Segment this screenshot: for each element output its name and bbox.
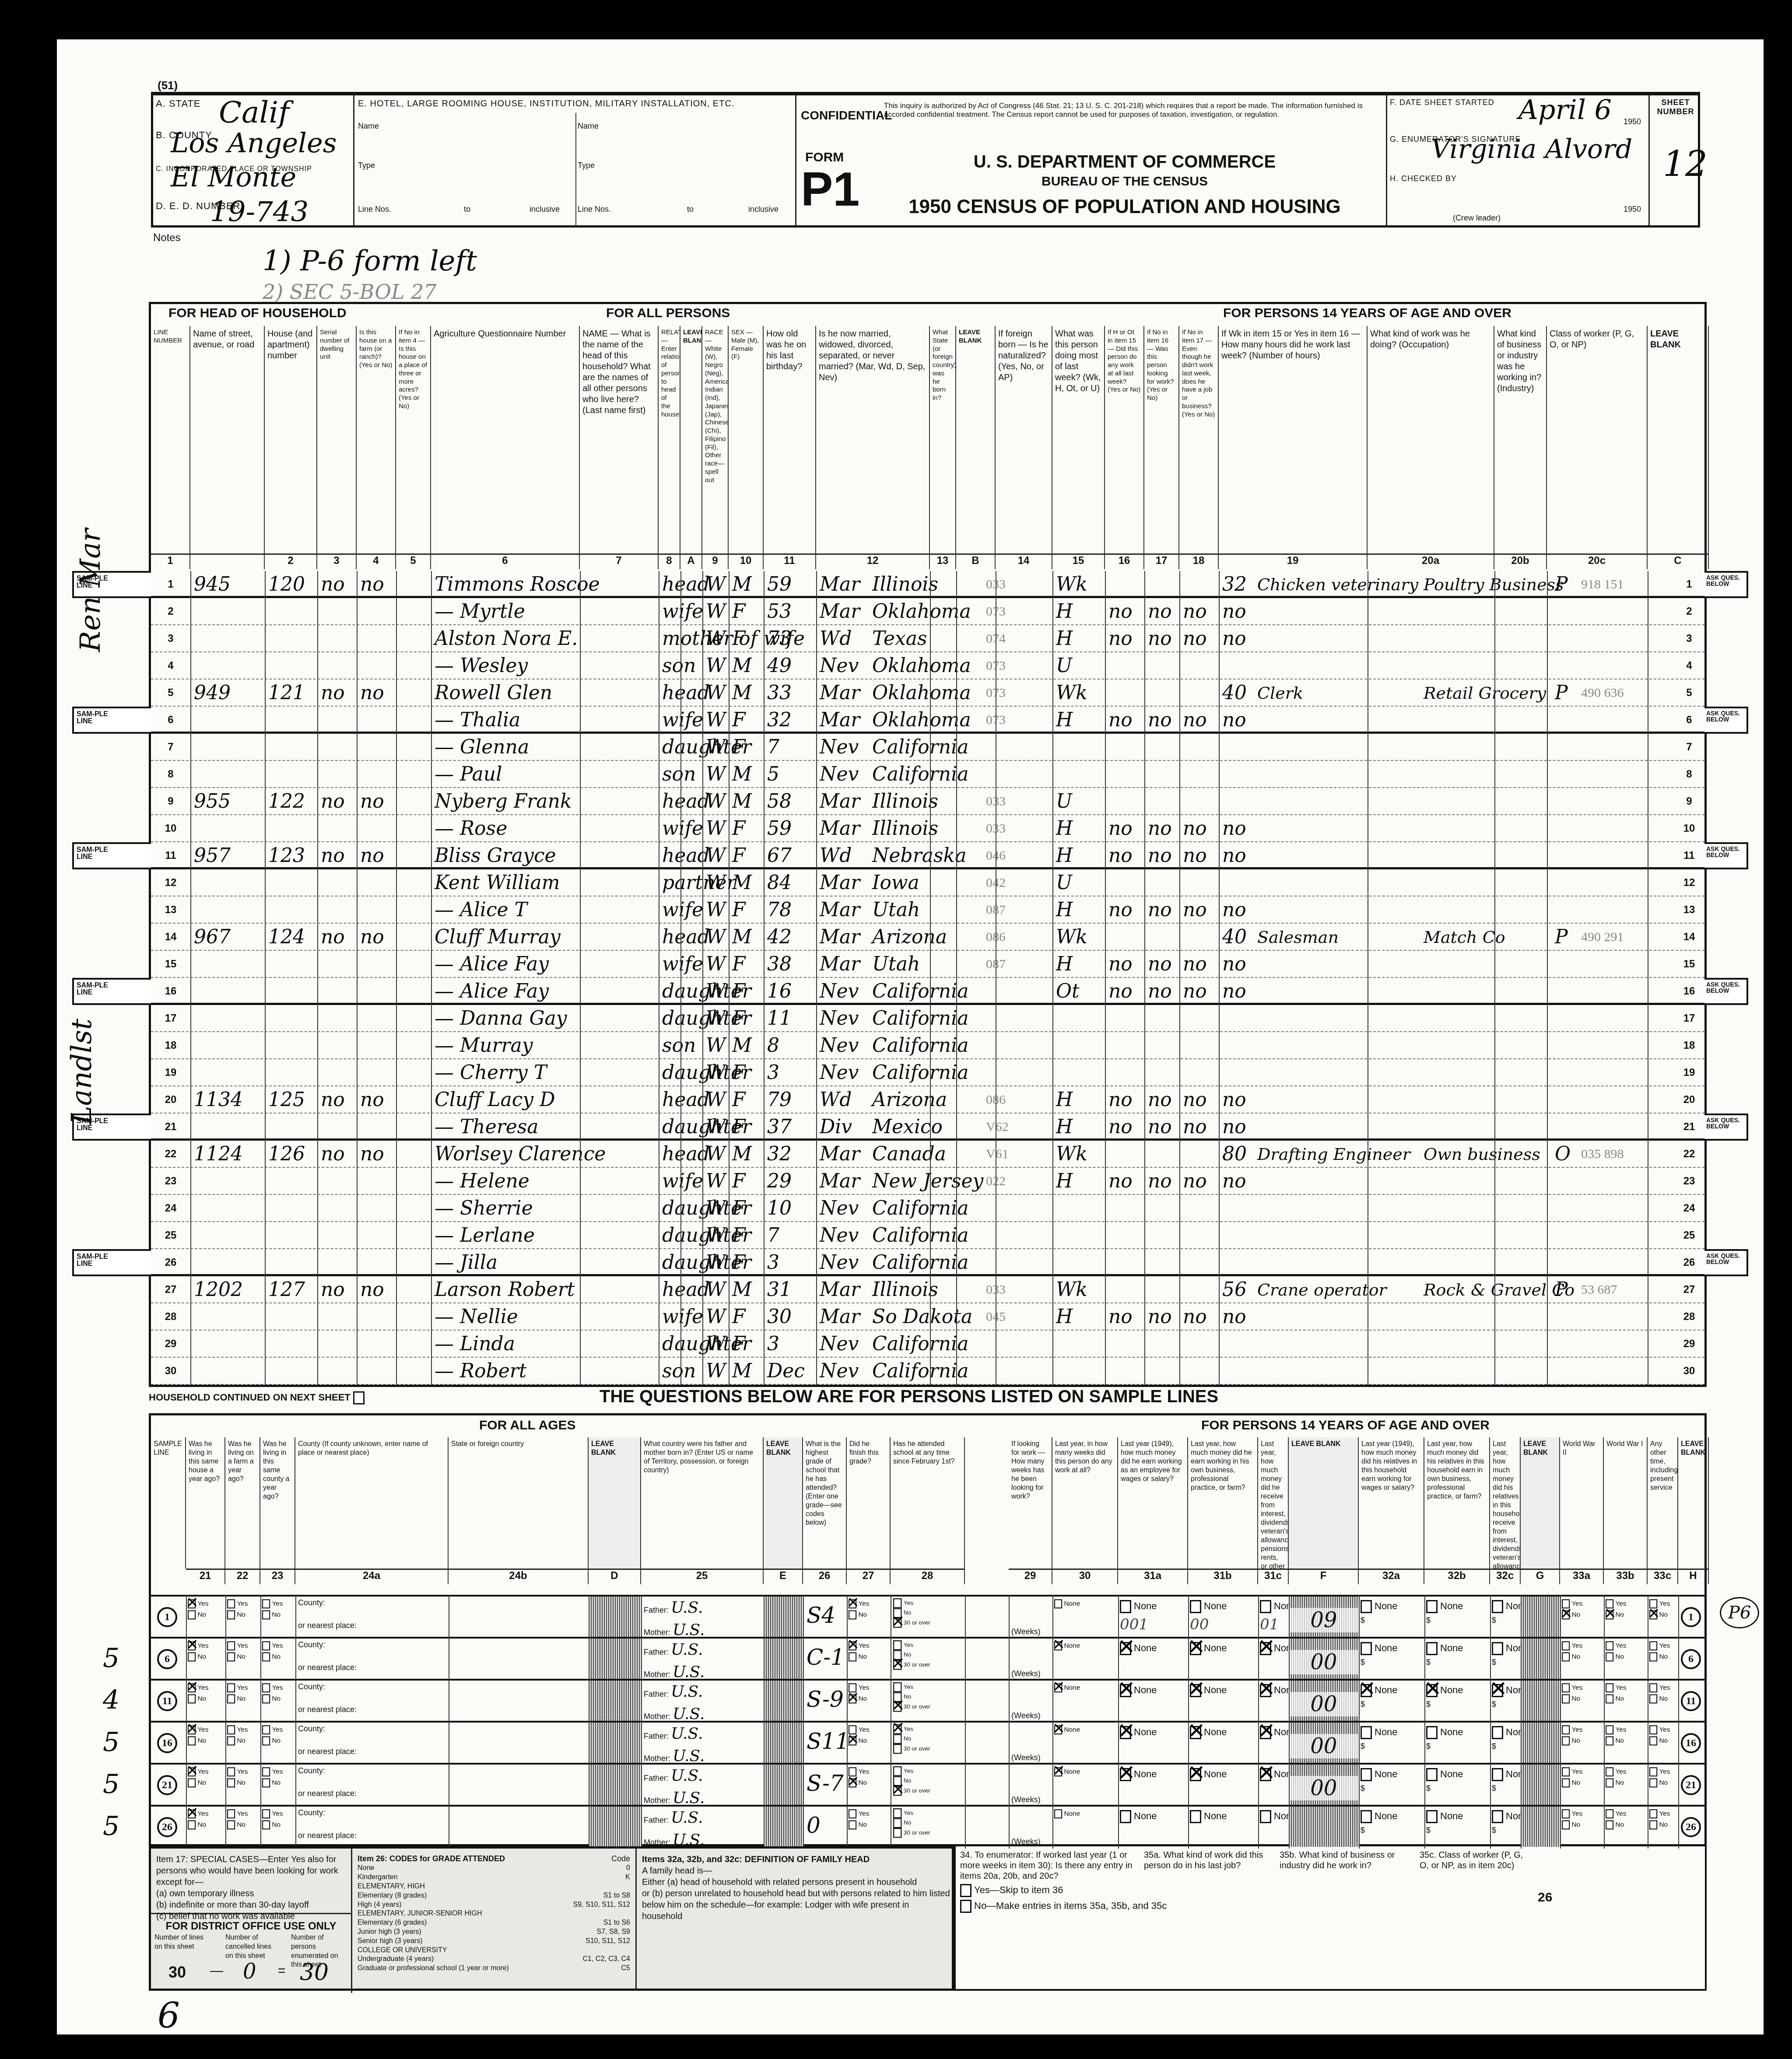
- c33a-no-checkbox[interactable]: [1562, 1736, 1570, 1745]
- cell-code-b[interactable]: 033: [982, 571, 1026, 596]
- c27-no-checkbox[interactable]: [849, 1694, 856, 1703]
- cell-serial[interactable]: [265, 1032, 317, 1058]
- cell-marital[interactable]: Mar: [816, 951, 869, 977]
- cell-serial[interactable]: [265, 951, 317, 977]
- cell-activity[interactable]: [1052, 1222, 1105, 1248]
- q35c[interactable]: 35c. Class of worker (P, G, O, or NP, as…: [1420, 1850, 1525, 1871]
- cell-activity[interactable]: [1052, 1249, 1105, 1274]
- cell-farm[interactable]: [317, 652, 357, 679]
- cell-sex[interactable]: F: [729, 978, 764, 1003]
- cell-marital[interactable]: Div: [816, 1114, 869, 1138]
- c31a-cell[interactable]: None: [1120, 1807, 1185, 1826]
- cell-activity[interactable]: H: [1052, 1086, 1105, 1113]
- cell-age[interactable]: 49: [764, 652, 816, 679]
- state-value[interactable]: Calif: [219, 95, 289, 130]
- cell-c16[interactable]: [1105, 652, 1144, 679]
- cell-class[interactable]: [1551, 1005, 1578, 1031]
- cell-class[interactable]: [1551, 598, 1578, 624]
- c31a-cell[interactable]: None: [1120, 1681, 1185, 1700]
- cell-c16[interactable]: [1105, 1032, 1144, 1058]
- cell-race[interactable]: W: [702, 1059, 729, 1086]
- cell-industry[interactable]: [1420, 1358, 1560, 1384]
- c31c-none-checkbox[interactable]: [1260, 1726, 1271, 1739]
- c28-yes-checkbox[interactable]: [893, 1724, 902, 1734]
- c31a-cell[interactable]: None: [1120, 1639, 1185, 1658]
- cell-code-c[interactable]: [1578, 1222, 1648, 1248]
- cell-c16[interactable]: no: [1105, 1086, 1144, 1113]
- cell-birthplace[interactable]: California: [869, 1222, 982, 1248]
- c22-yes-checkbox[interactable]: [227, 1725, 235, 1734]
- cell-house[interactable]: 1202: [190, 1276, 265, 1303]
- cell-sex[interactable]: M: [729, 924, 764, 950]
- cell-house[interactable]: 1124: [190, 1141, 265, 1167]
- cell-activity[interactable]: Wk: [1052, 1276, 1105, 1303]
- c22-yes-checkbox[interactable]: [227, 1683, 235, 1692]
- cell-age[interactable]: 31: [764, 1276, 816, 1303]
- cell-birthplace[interactable]: Canada: [869, 1141, 982, 1167]
- c22-no-checkbox[interactable]: [227, 1778, 235, 1787]
- cell-activity[interactable]: Ot: [1052, 978, 1105, 1003]
- cell-class[interactable]: [1551, 1358, 1578, 1384]
- cell-sex[interactable]: M: [729, 761, 764, 787]
- cell-activity[interactable]: [1052, 1005, 1105, 1031]
- county-field[interactable]: County:or nearest place:: [298, 1598, 447, 1630]
- cell-c18[interactable]: no: [1179, 1114, 1219, 1138]
- cell-sex[interactable]: F: [729, 1303, 764, 1330]
- cell-serial[interactable]: 124: [265, 924, 317, 950]
- cell-house[interactable]: [190, 1249, 265, 1274]
- cell-occupation[interactable]: [1254, 896, 1429, 923]
- cell-acres[interactable]: [357, 734, 396, 760]
- cell-code-c[interactable]: 53 687: [1578, 1276, 1648, 1303]
- c27-no-checkbox[interactable]: [849, 1610, 856, 1619]
- cell-class[interactable]: [1551, 1086, 1578, 1113]
- cell-code-c[interactable]: 490 291: [1578, 924, 1648, 950]
- c28-no-checkbox[interactable]: [893, 1818, 902, 1828]
- household-continued[interactable]: HOUSEHOLD CONTINUED ON NEXT SHEET: [149, 1391, 367, 1404]
- c28-over30-checkbox[interactable]: [893, 1618, 902, 1628]
- cell-farm[interactable]: [317, 1168, 357, 1194]
- cell-occupation[interactable]: [1254, 598, 1429, 624]
- cell-race[interactable]: W: [702, 1032, 729, 1058]
- cell-name[interactable]: Worlsey Clarence: [431, 1141, 659, 1167]
- county-value[interactable]: Los Angeles: [171, 127, 337, 159]
- cell-name[interactable]: — Robert: [431, 1358, 659, 1384]
- cell-activity[interactable]: [1052, 761, 1105, 787]
- c28-yes-checkbox[interactable]: [893, 1682, 902, 1692]
- cell-birthplace[interactable]: Illinois: [869, 788, 982, 814]
- cell-c17[interactable]: no: [1144, 1168, 1179, 1194]
- cell-age[interactable]: 37: [764, 1114, 816, 1138]
- cell-occupation[interactable]: [1254, 1358, 1429, 1384]
- cell-birthplace[interactable]: California: [869, 734, 982, 760]
- c23-no-checkbox[interactable]: [262, 1652, 270, 1661]
- cell-farm[interactable]: [317, 1303, 357, 1330]
- cell-class[interactable]: [1551, 625, 1578, 651]
- cell-marital[interactable]: Mar: [816, 869, 869, 896]
- cell-activity[interactable]: H: [1052, 707, 1105, 732]
- cell-industry[interactable]: [1420, 1059, 1560, 1086]
- c27-yes-checkbox[interactable]: [849, 1809, 856, 1818]
- cell-c17[interactable]: [1144, 1276, 1179, 1303]
- cell-birthplace[interactable]: California: [869, 1059, 982, 1086]
- cell-code-c[interactable]: [1578, 788, 1648, 814]
- cell-race[interactable]: W: [702, 652, 729, 679]
- cell-c16[interactable]: [1105, 1276, 1144, 1303]
- cell-occupation[interactable]: [1254, 761, 1429, 787]
- cell-serial[interactable]: [265, 1303, 317, 1330]
- c27-no-checkbox[interactable]: [849, 1652, 856, 1661]
- highest-grade[interactable]: S-9: [807, 1687, 844, 1712]
- c23-no-checkbox[interactable]: [262, 1820, 270, 1829]
- cell-sex[interactable]: F: [729, 815, 764, 841]
- cell-house[interactable]: [190, 652, 265, 679]
- cell-activity[interactable]: H: [1052, 625, 1105, 651]
- cell-activity[interactable]: H: [1052, 896, 1105, 923]
- cell-industry[interactable]: [1420, 761, 1560, 787]
- cell-marital[interactable]: Mar: [816, 924, 869, 950]
- persons-value[interactable]: 30: [300, 1958, 329, 1988]
- cell-marital[interactable]: Nev: [816, 1358, 869, 1384]
- cell-c17[interactable]: [1144, 761, 1179, 787]
- c22-yes-checkbox[interactable]: [227, 1809, 235, 1818]
- cell-marital[interactable]: Nev: [816, 1195, 869, 1221]
- cell-acres[interactable]: [357, 761, 396, 787]
- c23-yes-checkbox[interactable]: [262, 1641, 270, 1650]
- cell-birthplace[interactable]: California: [869, 1032, 982, 1058]
- cell-industry[interactable]: [1420, 598, 1560, 624]
- cell-industry[interactable]: [1420, 1249, 1560, 1274]
- cell-age[interactable]: 53: [764, 598, 816, 624]
- c32a-cell[interactable]: None$: [1361, 1597, 1426, 1625]
- cell-house[interactable]: [190, 598, 265, 624]
- cell-class[interactable]: P: [1551, 679, 1578, 706]
- cell-code-b[interactable]: 073: [982, 679, 1026, 706]
- c31a-cell[interactable]: None: [1120, 1765, 1185, 1784]
- school-attendance[interactable]: YesNo30 or over: [893, 1598, 946, 1628]
- cell-industry[interactable]: Rock & Gravel Co: [1420, 1276, 1560, 1303]
- c31b-cell[interactable]: None: [1190, 1723, 1255, 1742]
- cell-code-b[interactable]: 074: [982, 625, 1026, 651]
- father-birthplace[interactable]: U.S.: [671, 1683, 703, 1701]
- cell-class[interactable]: [1551, 1032, 1578, 1058]
- c31a-none-checkbox[interactable]: [1120, 1600, 1131, 1613]
- cell-acres[interactable]: [357, 869, 396, 896]
- cell-code-c[interactable]: 918 151: [1578, 571, 1648, 596]
- cell-house[interactable]: [190, 896, 265, 923]
- cell-name[interactable]: Timmons Roscoe: [431, 571, 659, 596]
- cell-acres[interactable]: [357, 951, 396, 977]
- c31b-cell[interactable]: None: [1190, 1765, 1255, 1784]
- cell-serial[interactable]: [265, 761, 317, 787]
- cell-age[interactable]: 3: [764, 1059, 816, 1086]
- cell-birthplace[interactable]: Illinois: [869, 1276, 982, 1303]
- cell-c17[interactable]: no: [1144, 978, 1179, 1003]
- c31b-cell[interactable]: None: [1190, 1639, 1255, 1658]
- cell-sex[interactable]: M: [729, 869, 764, 896]
- cell-house[interactable]: [190, 707, 265, 732]
- cell-c16[interactable]: [1105, 1358, 1144, 1384]
- cell-activity[interactable]: U: [1052, 788, 1105, 814]
- cell-activity[interactable]: H: [1052, 1303, 1105, 1330]
- cell-farm[interactable]: no: [317, 842, 357, 867]
- cell-occupation[interactable]: [1254, 1331, 1429, 1357]
- cell-c16[interactable]: no: [1105, 1168, 1144, 1194]
- father-birthplace[interactable]: U.S.: [671, 1641, 703, 1659]
- cell-c18[interactable]: [1179, 1032, 1219, 1058]
- cell-code-b[interactable]: 086: [982, 1086, 1026, 1113]
- c30-none-checkbox[interactable]: [1054, 1683, 1062, 1692]
- cell-name[interactable]: — Sherrie: [431, 1195, 659, 1221]
- cell-marital[interactable]: Mar: [816, 1276, 869, 1303]
- cell-marital[interactable]: Mar: [816, 679, 869, 706]
- c30-none-checkbox[interactable]: [1054, 1767, 1062, 1776]
- c32a-cell[interactable]: None$: [1361, 1807, 1426, 1835]
- cell-age[interactable]: 33: [764, 679, 816, 706]
- cell-occupation[interactable]: [1254, 1168, 1429, 1194]
- cell-house[interactable]: [190, 1358, 265, 1384]
- cell-acres[interactable]: no: [357, 571, 396, 596]
- q34-yes-checkbox[interactable]: [960, 1884, 971, 1897]
- cell-code-b[interactable]: [982, 1358, 1026, 1384]
- cell-house[interactable]: [190, 1195, 265, 1221]
- cell-class[interactable]: [1551, 1331, 1578, 1357]
- cell-c17[interactable]: no: [1144, 842, 1179, 867]
- cell-sex[interactable]: M: [729, 652, 764, 679]
- cell-c17[interactable]: [1144, 869, 1179, 896]
- c33a-yes-checkbox[interactable]: [1562, 1809, 1570, 1818]
- c32a-cell[interactable]: None$: [1361, 1639, 1426, 1667]
- cell-name[interactable]: — Rose: [431, 815, 659, 841]
- cell-acres[interactable]: [357, 1195, 396, 1221]
- c32b-none-checkbox[interactable]: [1426, 1810, 1438, 1823]
- cell-birthplace[interactable]: Oklahoma: [869, 598, 982, 624]
- cell-occupation[interactable]: [1254, 978, 1429, 1003]
- cell-race[interactable]: W: [702, 1303, 729, 1330]
- cell-activity[interactable]: [1052, 734, 1105, 760]
- cell-race[interactable]: W: [702, 951, 729, 977]
- school-attendance[interactable]: YesNo30 or over: [893, 1766, 946, 1796]
- c33c-no-checkbox[interactable]: [1649, 1610, 1657, 1619]
- cell-acres[interactable]: [357, 1303, 396, 1330]
- cell-age[interactable]: 7: [764, 1222, 816, 1248]
- cell-activity[interactable]: [1052, 1059, 1105, 1086]
- cell-farm[interactable]: [317, 1331, 357, 1357]
- cell-code-b[interactable]: [982, 978, 1026, 1003]
- c32a-cell[interactable]: None$: [1361, 1723, 1426, 1751]
- cell-race[interactable]: W: [702, 896, 729, 923]
- cell-race[interactable]: W: [702, 1114, 729, 1138]
- cell-house[interactable]: 1134: [190, 1086, 265, 1113]
- cell-class[interactable]: P: [1551, 1276, 1578, 1303]
- cell-marital[interactable]: Mar: [816, 571, 869, 596]
- cell-race[interactable]: W: [702, 598, 729, 624]
- cell-occupation[interactable]: [1254, 951, 1429, 977]
- cell-age[interactable]: 10: [764, 1195, 816, 1221]
- cell-sex[interactable]: M: [729, 1276, 764, 1303]
- cell-birthplace[interactable]: Oklahoma: [869, 652, 982, 679]
- cell-industry[interactable]: [1420, 842, 1560, 867]
- cell-c18[interactable]: no: [1179, 1303, 1219, 1330]
- c32b-none-checkbox[interactable]: [1426, 1684, 1438, 1697]
- c33a-no-checkbox[interactable]: [1562, 1610, 1570, 1619]
- c33c-no-checkbox[interactable]: [1649, 1778, 1657, 1787]
- c27-no-checkbox[interactable]: [849, 1820, 856, 1829]
- c28-yes-checkbox[interactable]: [893, 1640, 902, 1650]
- cell-race[interactable]: W: [702, 815, 729, 841]
- c23-no-checkbox[interactable]: [262, 1736, 270, 1745]
- c33b-no-checkbox[interactable]: [1606, 1652, 1613, 1661]
- cell-c18[interactable]: [1179, 1331, 1219, 1357]
- cell-acres[interactable]: no: [357, 1141, 396, 1167]
- cell-age[interactable]: 84: [764, 869, 816, 896]
- cell-birthplace[interactable]: Arizona: [869, 924, 982, 950]
- cell-c18[interactable]: [1179, 1005, 1219, 1031]
- c28-over30-checkbox[interactable]: [893, 1744, 902, 1754]
- c32c-none-checkbox[interactable]: [1492, 1768, 1503, 1781]
- c31b-none-checkbox[interactable]: [1190, 1642, 1201, 1655]
- cell-code-c[interactable]: 035 898: [1578, 1141, 1648, 1167]
- cell-house[interactable]: 949: [190, 679, 265, 706]
- cell-marital[interactable]: Mar: [816, 707, 869, 732]
- parents-birthplace[interactable]: Father: U.S.Mother: U.S.: [644, 1640, 762, 1681]
- cell-c17[interactable]: no: [1144, 951, 1179, 977]
- cell-acres[interactable]: [357, 598, 396, 624]
- c27-no-checkbox[interactable]: [849, 1736, 856, 1745]
- cell-race[interactable]: W: [702, 625, 729, 651]
- cell-c16[interactable]: [1105, 761, 1144, 787]
- cell-industry[interactable]: [1420, 951, 1560, 977]
- cell-code-c[interactable]: [1578, 598, 1648, 624]
- cell-code-b[interactable]: 022: [982, 1168, 1026, 1194]
- cell-race[interactable]: W: [702, 1358, 729, 1384]
- cell-farm[interactable]: [317, 896, 357, 923]
- cell-class[interactable]: [1551, 896, 1578, 923]
- cell-class[interactable]: [1551, 652, 1578, 679]
- c21-no-checkbox[interactable]: [188, 1820, 196, 1829]
- cell-sex[interactable]: F: [729, 1249, 764, 1274]
- cell-farm[interactable]: [317, 1195, 357, 1221]
- cell-code-c[interactable]: [1578, 815, 1648, 841]
- cell-code-c[interactable]: [1578, 1032, 1648, 1058]
- cell-code-b[interactable]: 073: [982, 707, 1026, 732]
- cell-code-b[interactable]: [982, 1005, 1026, 1031]
- c23-yes-checkbox[interactable]: [262, 1683, 270, 1692]
- c23-yes-checkbox[interactable]: [262, 1767, 270, 1776]
- cell-occupation[interactable]: [1254, 707, 1429, 732]
- cell-age[interactable]: 67: [764, 842, 816, 867]
- cell-name[interactable]: Larson Robert: [431, 1276, 659, 1303]
- cell-c17[interactable]: no: [1144, 1086, 1179, 1113]
- c32b-cell[interactable]: None$: [1426, 1639, 1492, 1667]
- c33c-no-checkbox[interactable]: [1649, 1652, 1657, 1661]
- cell-sex[interactable]: F: [729, 707, 764, 732]
- c33a-no-checkbox[interactable]: [1562, 1820, 1570, 1829]
- cell-c17[interactable]: [1144, 924, 1179, 950]
- cell-c17[interactable]: [1144, 734, 1179, 760]
- cell-code-b[interactable]: V62: [982, 1114, 1026, 1138]
- cell-code-b[interactable]: [982, 1222, 1026, 1248]
- cell-c16[interactable]: no: [1105, 625, 1144, 651]
- cell-c16[interactable]: [1105, 1195, 1144, 1221]
- c31a-cell[interactable]: None001: [1120, 1597, 1185, 1633]
- c33b-yes-checkbox[interactable]: [1606, 1725, 1613, 1734]
- cell-activity[interactable]: Wk: [1052, 1141, 1105, 1167]
- cell-code-b[interactable]: [982, 734, 1026, 760]
- cell-c18[interactable]: [1179, 1141, 1219, 1167]
- cell-age[interactable]: 16: [764, 978, 816, 1003]
- parents-birthplace[interactable]: Father: U.S.Mother: U.S.: [644, 1682, 762, 1723]
- cell-birthplace[interactable]: California: [869, 1331, 982, 1357]
- cell-house[interactable]: [190, 625, 265, 651]
- cell-marital[interactable]: Nev: [816, 734, 869, 760]
- c31c-none-checkbox[interactable]: [1260, 1600, 1271, 1613]
- cell-name[interactable]: Nyberg Frank: [431, 788, 659, 814]
- cell-birthplace[interactable]: Iowa: [869, 869, 982, 896]
- cell-farm[interactable]: [317, 869, 357, 896]
- cell-code-c[interactable]: [1578, 978, 1648, 1003]
- cell-code-c[interactable]: [1578, 652, 1648, 679]
- c21-yes-checkbox[interactable]: [188, 1809, 196, 1818]
- cell-farm[interactable]: no: [317, 788, 357, 814]
- cell-farm[interactable]: [317, 761, 357, 787]
- cell-age[interactable]: 59: [764, 815, 816, 841]
- cell-serial[interactable]: [265, 1005, 317, 1031]
- cell-birthplace[interactable]: California: [869, 1249, 982, 1274]
- cell-serial[interactable]: 121: [265, 679, 317, 706]
- cell-industry[interactable]: [1420, 896, 1560, 923]
- cell-house[interactable]: [190, 734, 265, 760]
- cell-acres[interactable]: [357, 1222, 396, 1248]
- cell-c17[interactable]: [1144, 1249, 1179, 1274]
- cell-house[interactable]: [190, 1114, 265, 1138]
- cell-farm[interactable]: no: [317, 679, 357, 706]
- cell-class[interactable]: [1551, 815, 1578, 841]
- c32a-cell[interactable]: None$: [1361, 1681, 1426, 1709]
- place-value[interactable]: El Monte: [171, 161, 296, 193]
- enumerator-signature[interactable]: Virginia Alvord: [1431, 134, 1632, 165]
- c32a-none-checkbox[interactable]: [1361, 1810, 1372, 1823]
- cell-sex[interactable]: M: [729, 1141, 764, 1167]
- school-attendance[interactable]: YesNo30 or over: [893, 1724, 946, 1754]
- cell-marital[interactable]: Nev: [816, 1032, 869, 1058]
- c31b-cell[interactable]: None00: [1190, 1597, 1255, 1633]
- c22-yes-checkbox[interactable]: [227, 1641, 235, 1650]
- cell-class[interactable]: [1551, 951, 1578, 977]
- cell-acres[interactable]: no: [357, 788, 396, 814]
- c31a-amount[interactable]: 001: [1120, 1616, 1185, 1633]
- q34-no-checkbox[interactable]: [960, 1900, 971, 1913]
- cell-activity[interactable]: Wk: [1052, 679, 1105, 706]
- cell-serial[interactable]: [265, 707, 317, 732]
- cell-code-c[interactable]: [1578, 1086, 1648, 1113]
- cell-code-b[interactable]: 073: [982, 652, 1026, 679]
- cell-code-b[interactable]: 046: [982, 842, 1026, 867]
- cell-age[interactable]: 3: [764, 1331, 816, 1357]
- cell-industry[interactable]: [1420, 734, 1560, 760]
- c31a-none-checkbox[interactable]: [1120, 1684, 1131, 1697]
- cell-sex[interactable]: M: [729, 1358, 764, 1384]
- c32c-none-checkbox[interactable]: [1492, 1684, 1503, 1697]
- cell-c16[interactable]: no: [1105, 896, 1144, 923]
- cell-acres[interactable]: no: [357, 679, 396, 706]
- cell-house[interactable]: [190, 1032, 265, 1058]
- cell-name[interactable]: — Danna Gay: [431, 1005, 659, 1031]
- c32a-none-checkbox[interactable]: [1361, 1684, 1372, 1697]
- cell-race[interactable]: W: [702, 1331, 729, 1357]
- cell-class[interactable]: [1551, 788, 1578, 814]
- cell-c16[interactable]: [1105, 869, 1144, 896]
